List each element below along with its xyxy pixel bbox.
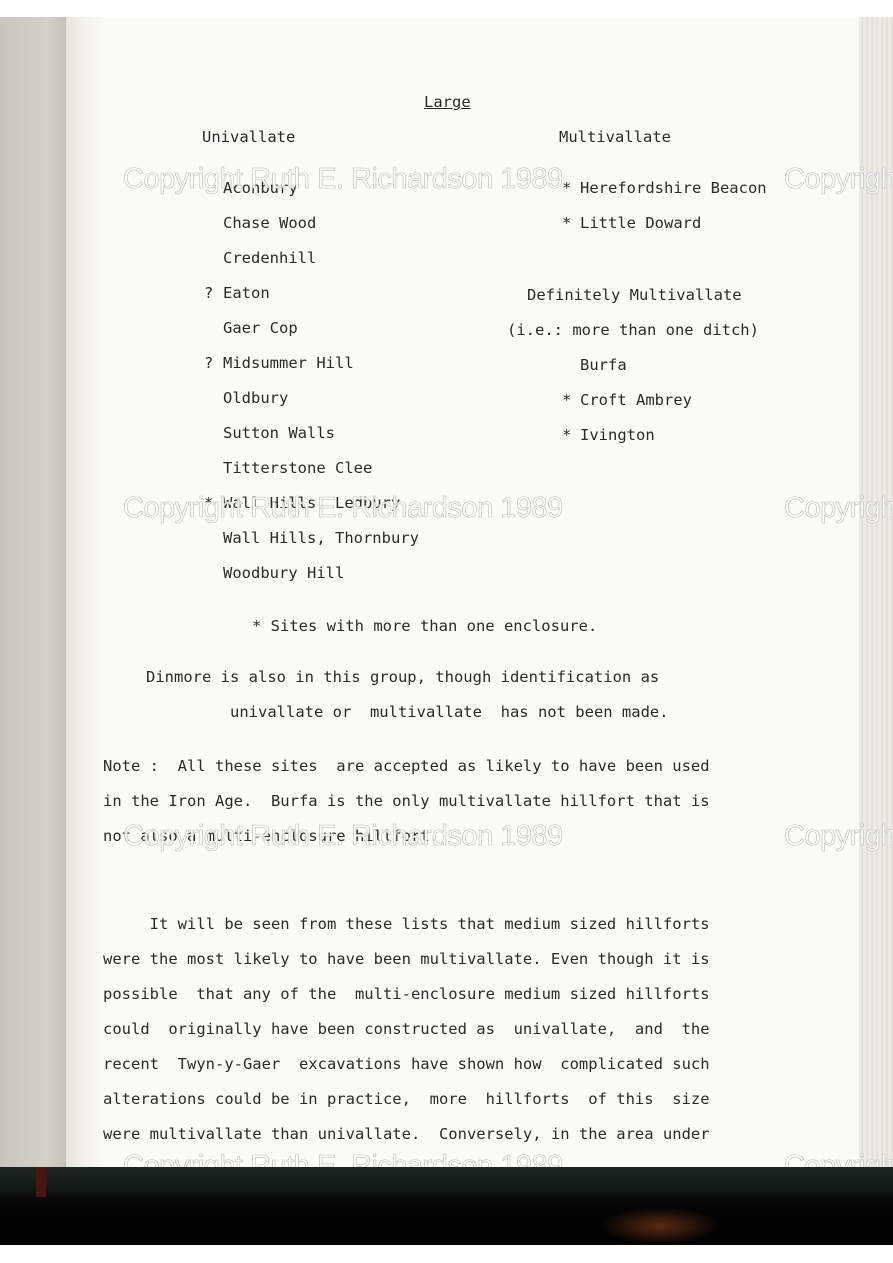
site-name: Chase Wood (223, 214, 316, 232)
site-marker: * (562, 214, 571, 232)
paragraph-line: alterations could be in practice, more h… (103, 1090, 710, 1108)
site-name: Little Doward (580, 214, 701, 232)
facing-page-edge (0, 17, 68, 1167)
book-binding-shadow (0, 1167, 893, 1245)
multivallate-column-title: Multivallate (559, 128, 671, 146)
paragraph-line: possible that any of the multi-enclosure… (103, 985, 710, 1003)
site-name: Croft Ambrey (580, 391, 692, 409)
site-name: Burfa (580, 356, 627, 374)
binding-glow (600, 1207, 720, 1245)
site-marker: * (562, 426, 571, 444)
site-name: Eaton (223, 284, 270, 302)
paragraph-line: could originally have been constructed a… (103, 1020, 710, 1038)
note-line: Note : All these sites are accepted as l… (103, 757, 710, 775)
note-line: in the Iron Age. Burfa is the only multi… (103, 792, 710, 810)
paragraph-line: recent Twyn-y-Gaer excavations have show… (103, 1055, 710, 1073)
site-name: Gaer Cop (223, 319, 298, 337)
paragraph-line: were the most likely to have been multiv… (103, 950, 710, 968)
site-name: Ivington (580, 426, 655, 444)
copyright-watermark: Copyright Ruth E. Richardson 1989 (123, 492, 563, 525)
binding-edge (36, 1167, 46, 1197)
site-name: Midsummer Hill (223, 354, 354, 372)
paragraph-line: were multivallate than univallate. Conve… (103, 1125, 710, 1143)
site-name: Oldbury (223, 389, 288, 407)
site-name: Woodbury Hill (223, 564, 344, 582)
site-marker: ? (204, 354, 213, 372)
site-name: Sutton Walls (223, 424, 335, 442)
copyright-watermark: Copyright Ruth E. Richardson 1989 (123, 820, 563, 853)
definitely-multivallate-title: Definitely Multivallate (527, 286, 742, 304)
univallate-column-title: Univallate (202, 128, 295, 146)
site-marker: * (562, 179, 571, 197)
site-name: Titterstone Clee (223, 459, 372, 477)
site-marker: * (562, 391, 571, 409)
footnote: * Sites with more than one enclosure. (252, 617, 597, 635)
copyright-watermark-partial: Copyright (784, 492, 893, 525)
book-gutter (66, 17, 106, 1167)
scanned-page: Large Univallate Multivallate Aconbury C… (0, 17, 893, 1245)
site-marker: ? (204, 284, 213, 302)
copyright-watermark: Copyright Ruth E. Richardson 1989 (123, 163, 563, 196)
site-name: Wall Hills, Thornbury (223, 529, 419, 547)
definitely-multivallate-subtitle: (i.e.: more than one ditch) (507, 321, 759, 339)
paragraph-line: It will be seen from these lists that me… (103, 915, 710, 933)
copyright-watermark-partial: Copyright (784, 163, 893, 196)
section-heading: Large (424, 93, 471, 111)
copyright-watermark-partial: Copyright (784, 820, 893, 853)
site-name: Credenhill (223, 249, 316, 267)
dinmore-line: univallate or multivallate has not been … (230, 703, 669, 721)
site-name: Herefordshire Beacon (580, 179, 767, 197)
dinmore-line: Dinmore is also in this group, though id… (146, 668, 659, 686)
